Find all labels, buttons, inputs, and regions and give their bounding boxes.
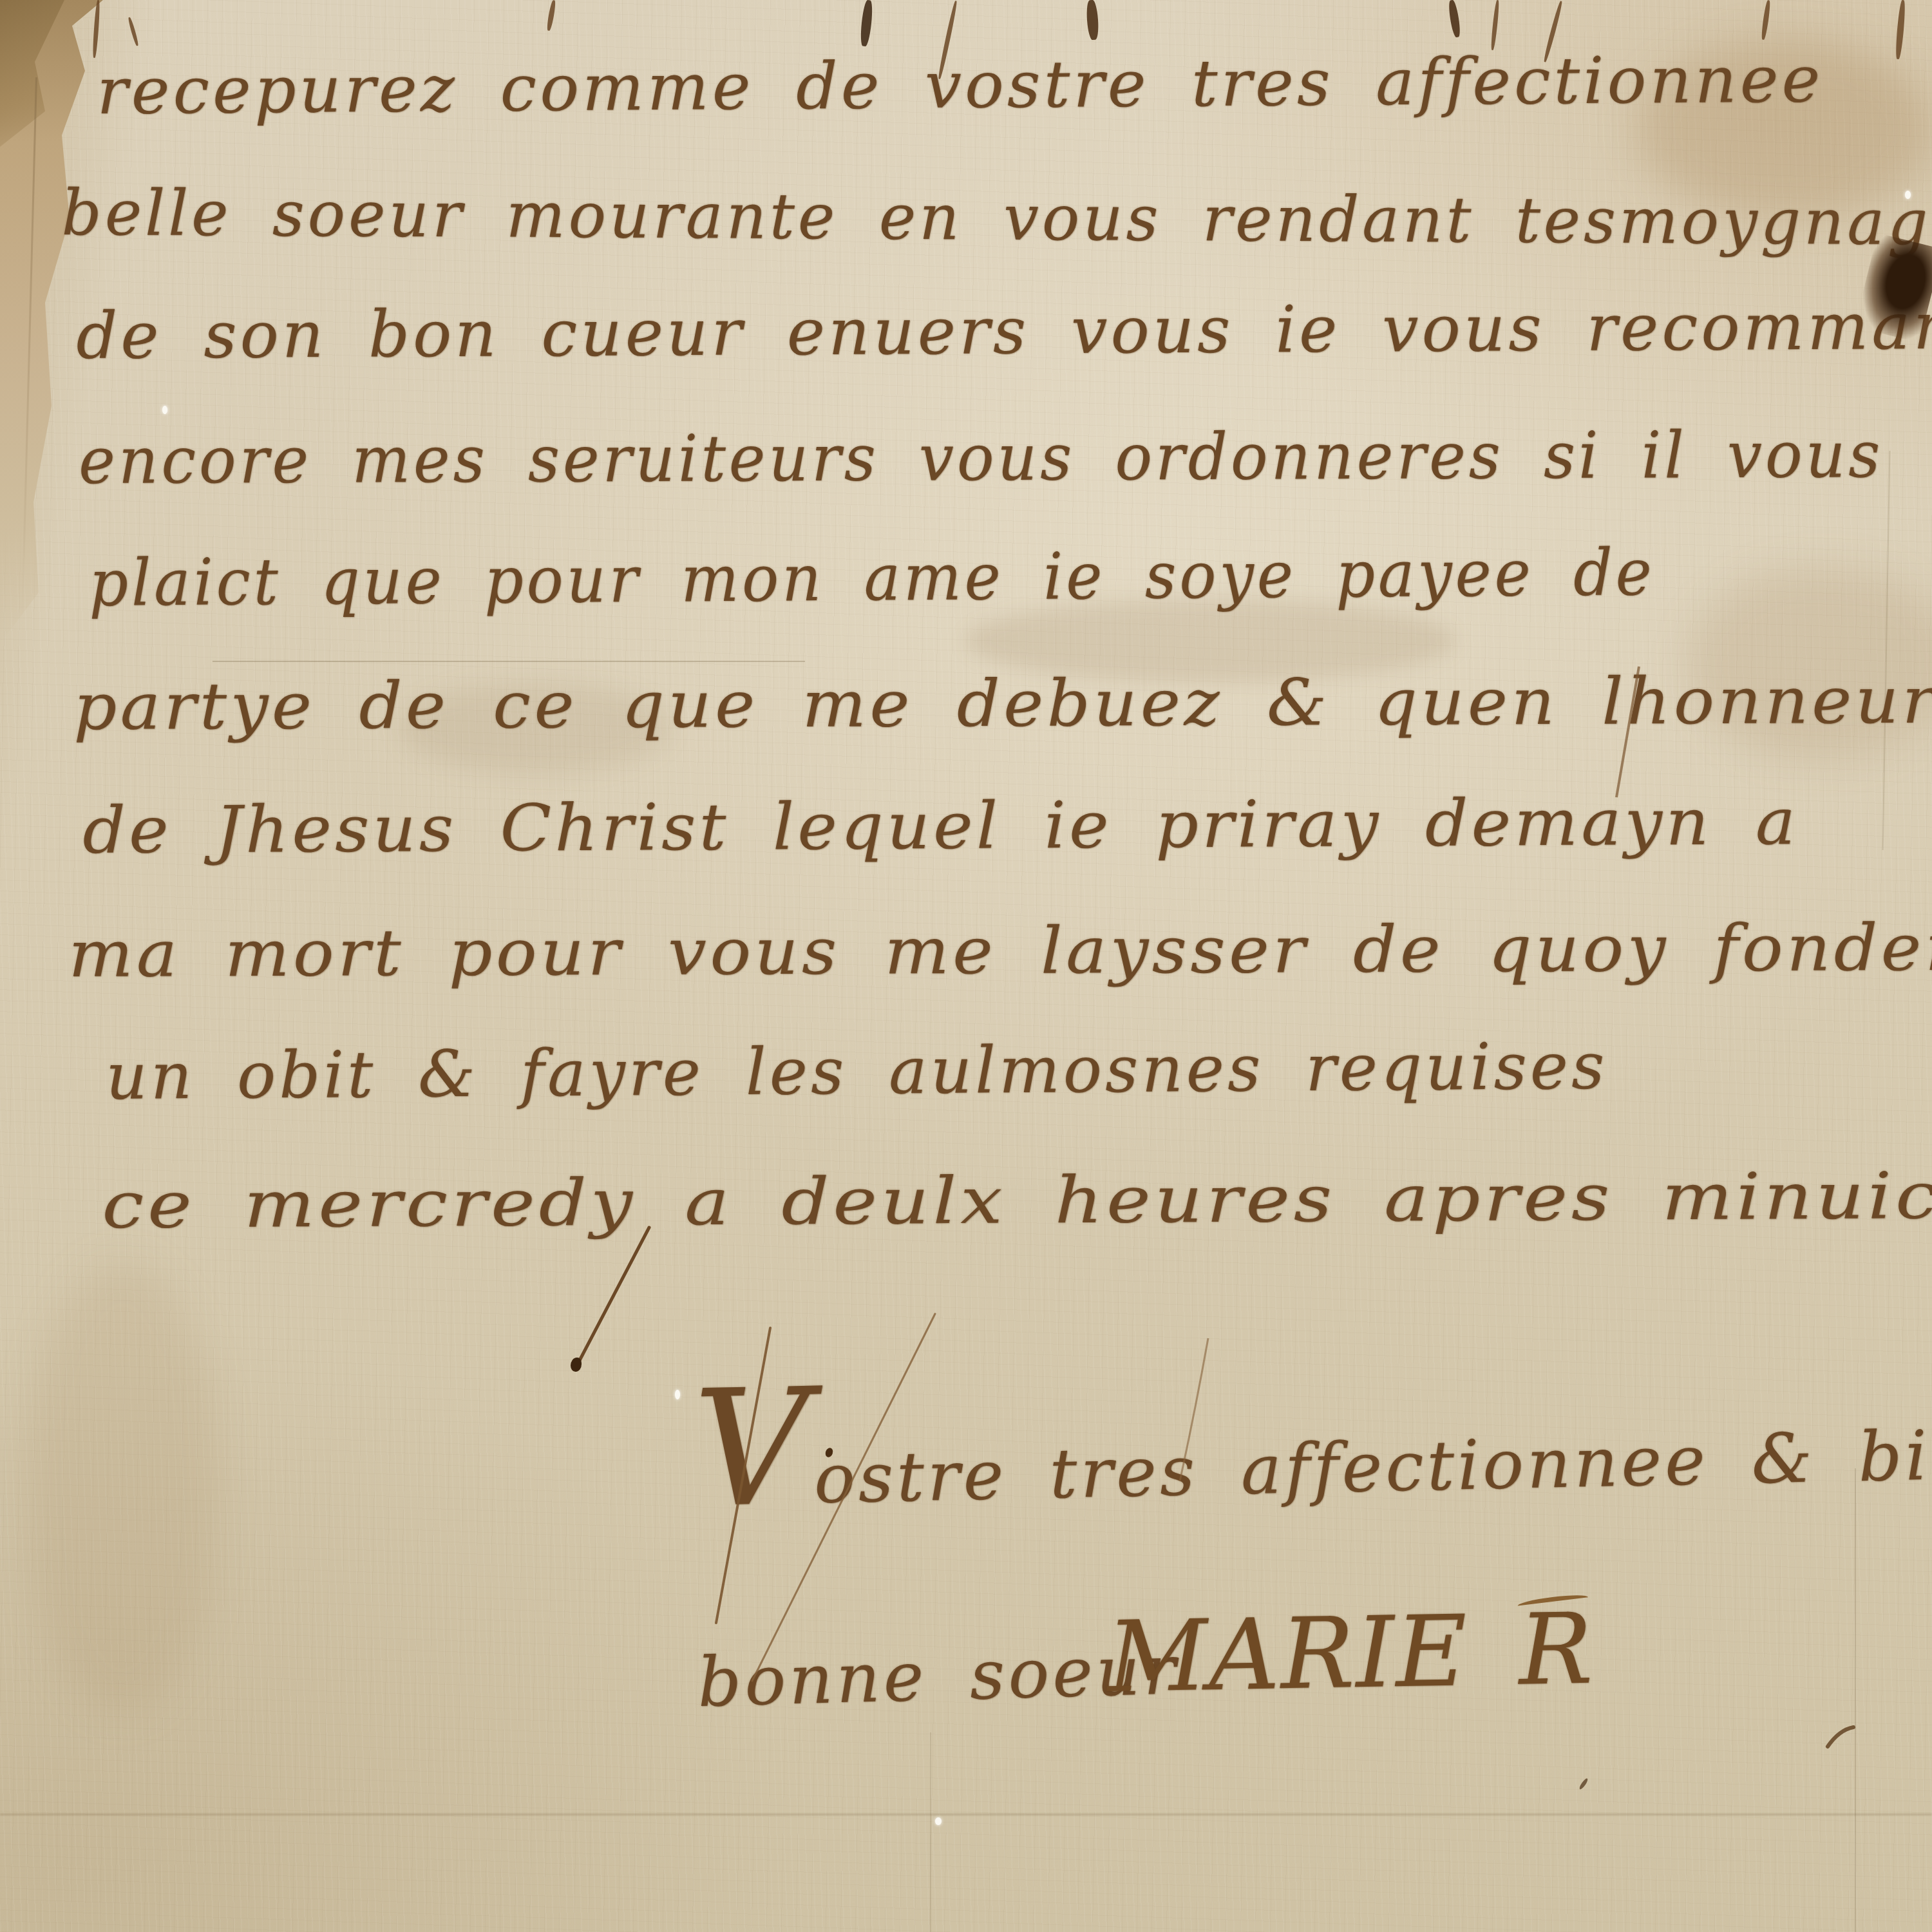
- letter-line-3: de son bon cueur enuers vous ie vous rec…: [76, 294, 1932, 368]
- cut-off-pen-stroke: [128, 17, 139, 46]
- letter-line-4: encore mes seruiteurs vous ordonneres si…: [79, 422, 1883, 493]
- paper-damage-fleck: [162, 406, 167, 414]
- cut-off-pen-stroke: [1086, 0, 1099, 41]
- vertical-crease: [930, 1732, 931, 1932]
- edge-discoloration: [26, 1262, 219, 1713]
- cut-off-pen-stroke: [546, 0, 556, 31]
- letter-line-8: ma mort pour vous me laysser de quoy fon…: [68, 916, 1932, 987]
- vertical-crease: [1855, 1468, 1856, 1932]
- letter-line-9: un obit & fayre les aulmosnes requises: [106, 1034, 1608, 1109]
- letter-line-7: de Jhesus Christ lequel ie priray demayn…: [82, 790, 1799, 863]
- cut-off-pen-stroke: [1895, 0, 1906, 59]
- vertical-crease: [1882, 451, 1891, 850]
- scratch-crease: [213, 661, 805, 662]
- paper-damage-fleck: [1905, 191, 1911, 199]
- letter-line-1: recepurez comme de vostre tres affection…: [97, 47, 1824, 124]
- cut-off-pen-stroke: [859, 0, 873, 47]
- paper-damage-fleck: [675, 1390, 680, 1399]
- paper-damage-fleck: [935, 1817, 942, 1825]
- horizontal-fold-crease: [0, 1814, 1932, 1815]
- ink-drop: [571, 1358, 582, 1372]
- closing-line-1: Vostre tres affectionnee & bien: [694, 1420, 1932, 1516]
- royal-signature: MARIE R: [1106, 1600, 1595, 1707]
- cut-off-pen-stroke: [1761, 0, 1772, 40]
- cut-off-pen-stroke: [1490, 0, 1500, 50]
- letter-line-10: ce mercredy a deulx heures apres minuict: [102, 1164, 1932, 1238]
- ink-speck: [1578, 1777, 1589, 1790]
- cut-off-pen-stroke: [92, 0, 100, 58]
- cut-off-pen-stroke: [1448, 0, 1462, 38]
- manuscript-letter-scan: recepurez comme de vostre tres affection…: [0, 0, 1932, 1932]
- letter-line-5: plaict que pour mon ame ie soye payee de: [89, 540, 1655, 616]
- letter-line-6: partye de ce que me debuez & quen lhonne…: [73, 668, 1932, 739]
- letter-line-2: belle soeur mourante en vous rendant tes…: [61, 182, 1932, 255]
